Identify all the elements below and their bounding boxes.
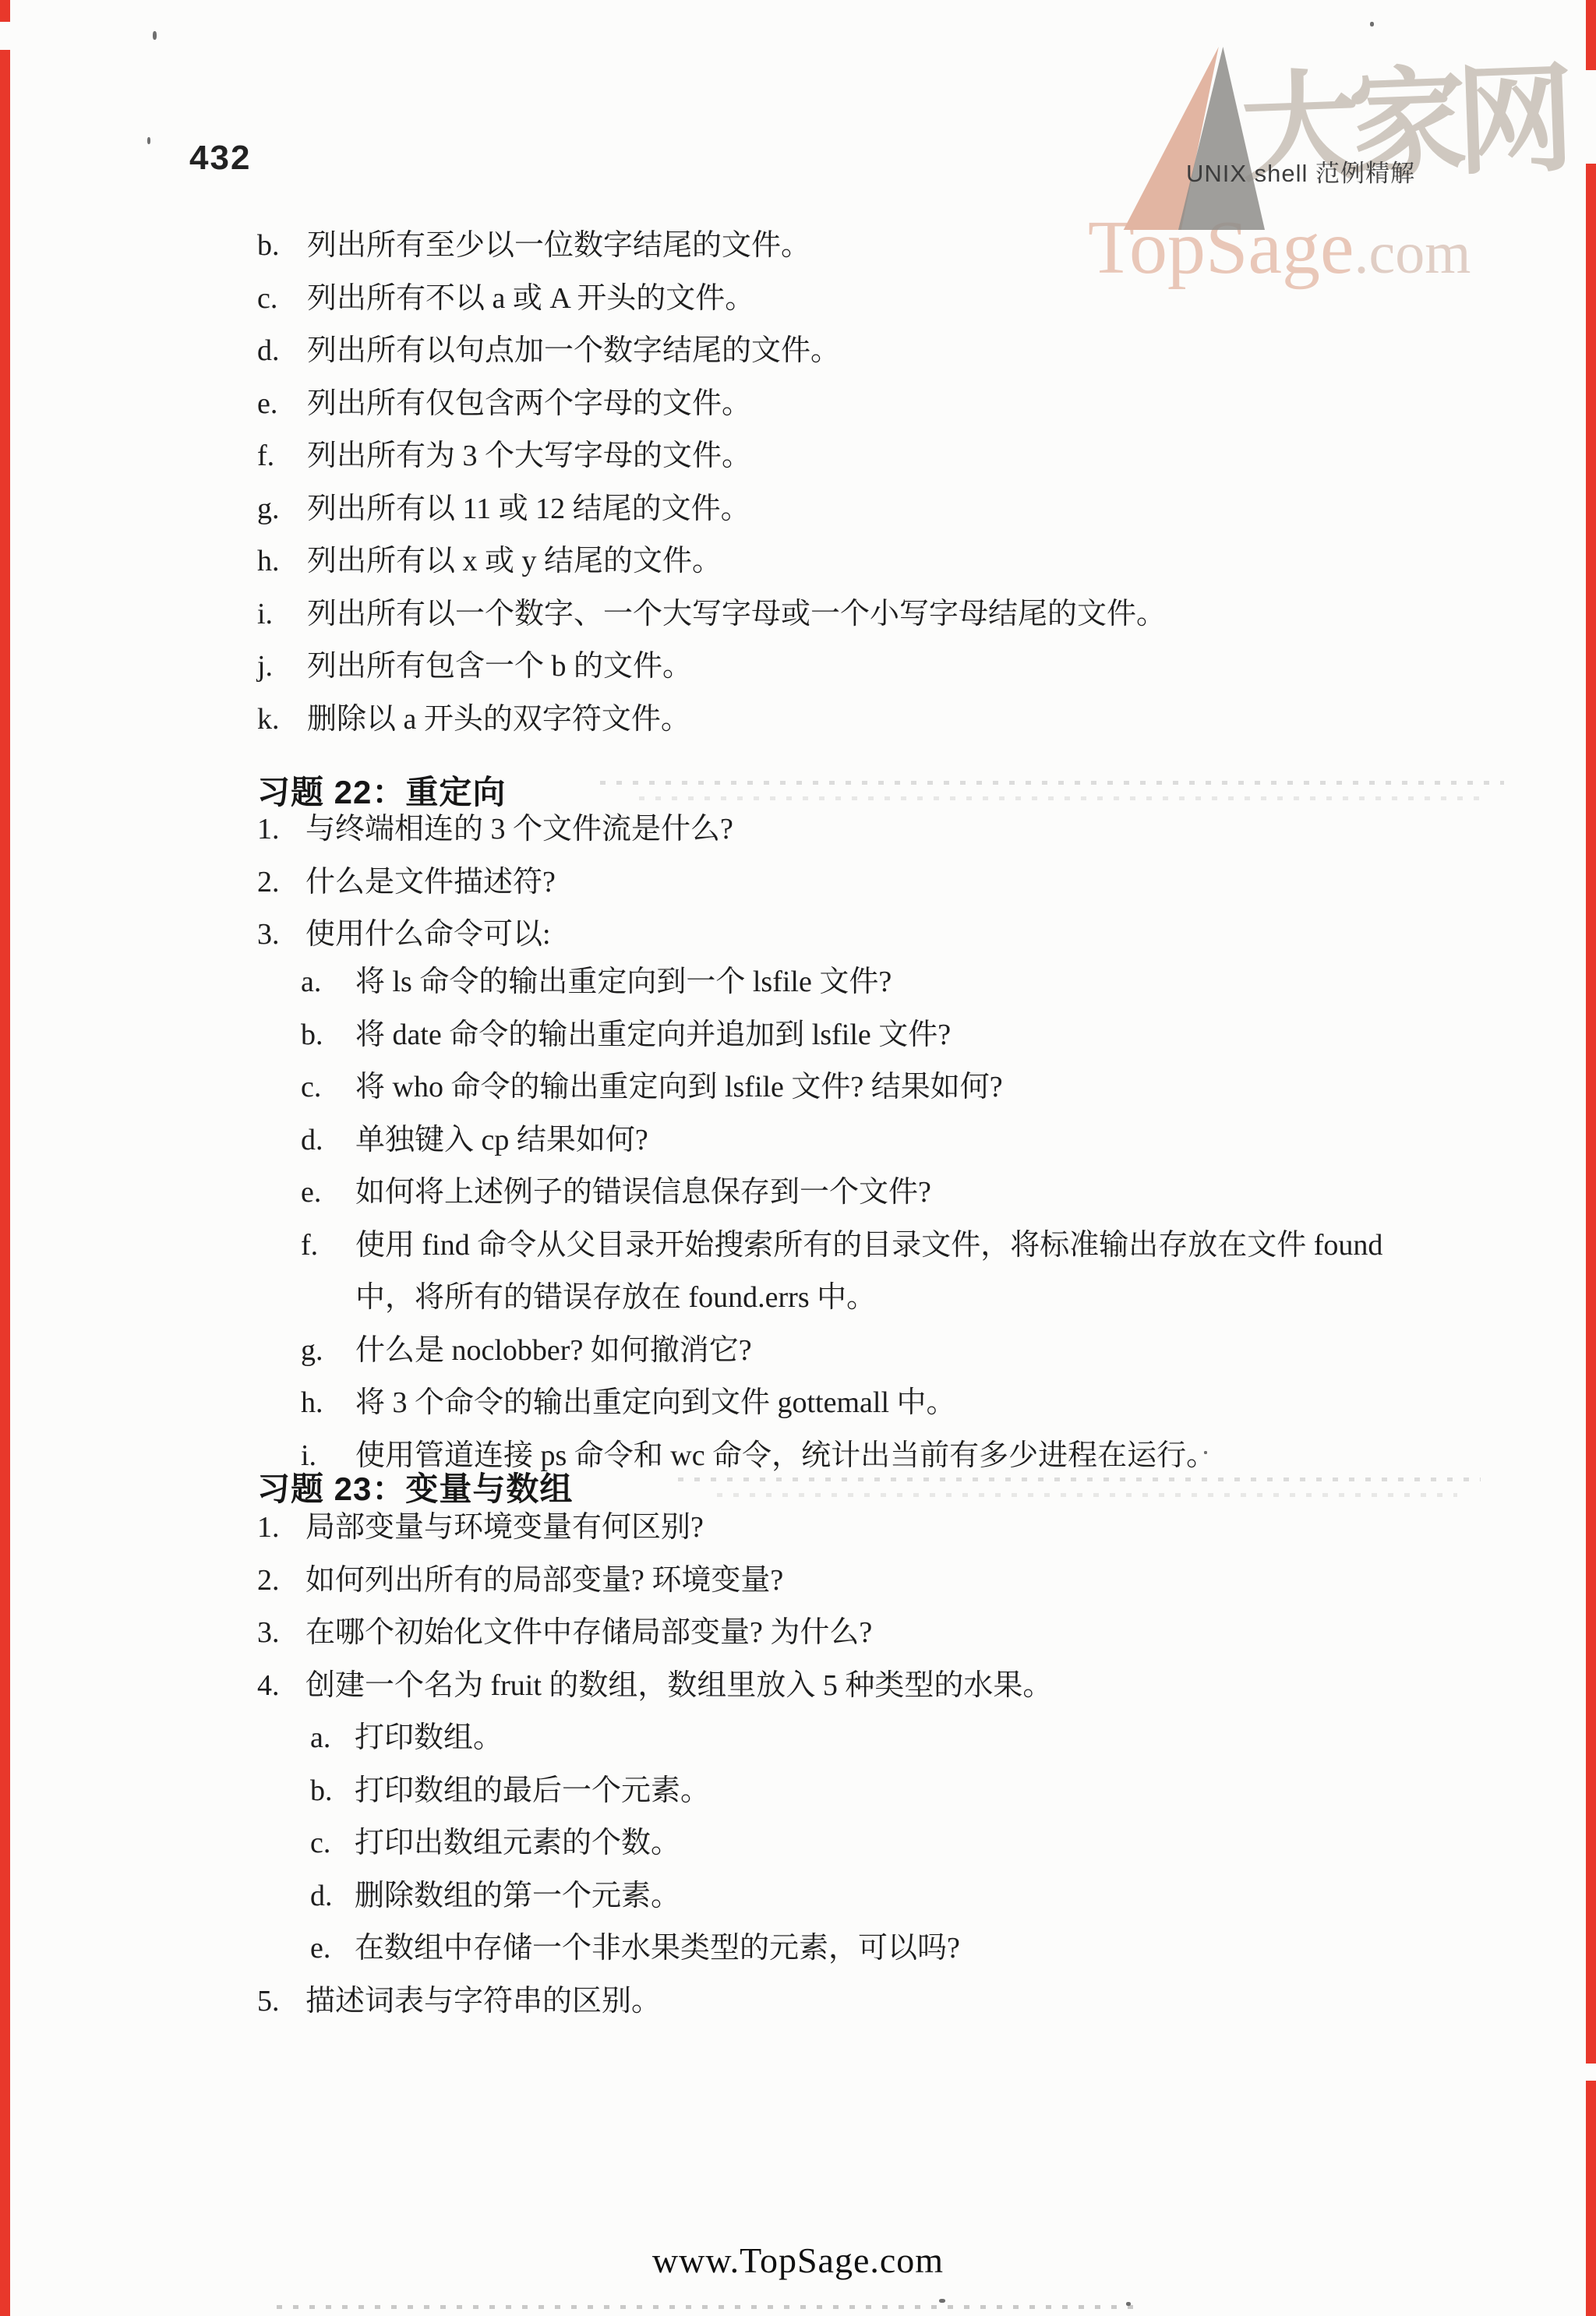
item-text: 将 who 命令的输出重定向到 lsfile 文件? 结果如何?: [355, 1068, 1003, 1106]
item-marker: j.: [257, 648, 307, 685]
list-item: 1.与终端相连的 3 个文件流是什么?: [257, 810, 733, 863]
item-text: 列出所有为 3 个大写字母的文件。: [307, 437, 751, 475]
item-marker: d.: [301, 1121, 355, 1159]
list-item: b.打印数组的最后一个元素。: [310, 1772, 960, 1825]
list-item: i.列出所有以一个数字、一个大写字母或一个小写字母结尾的文件。: [257, 595, 1166, 648]
item-text: 单独键入 cp 结果如何?: [355, 1121, 648, 1159]
list-item: e.在数组中存储一个非水果类型的元素，可以吗?: [310, 1929, 960, 1982]
item-text: 列出所有以 x 或 y 结尾的文件。: [307, 542, 722, 580]
item-text: 列出所有包含一个 b 的文件。: [307, 648, 692, 685]
item-text: 创建一个名为 fruit 的数组，数组里放入 5 种类型的水果。: [305, 1667, 1052, 1704]
item-marker: 5.: [257, 1982, 305, 2020]
item-text: 打印数组。: [355, 1719, 503, 1756]
item-text: 描述词表与字符串的区别。: [305, 1982, 661, 2020]
scan-speck: [939, 2299, 945, 2303]
item-text: 打印出数组元素的个数。: [355, 1824, 680, 1862]
list-item: 2.什么是文件描述符?: [257, 863, 733, 916]
exercise-23-questions: 1.局部变量与环境变量有何区别?2.如何列出所有的局部变量? 环境变量?3.在哪…: [257, 1509, 1052, 1719]
list-item: b.列出所有至少以一位数字结尾的文件。: [257, 227, 1166, 280]
item-marker: f.: [257, 437, 307, 475]
list-item: d.列出所有以句点加一个数字结尾的文件。: [257, 332, 1166, 385]
list-item: 中，将所有的错误存放在 found.errs 中。: [301, 1279, 1382, 1332]
left-edge-gap: [0, 22, 10, 50]
item-marker: g.: [257, 490, 307, 528]
exercise-22-heading: 习题 22：重定向: [257, 767, 506, 814]
running-header-title: UNIX shell 范例精解: [1186, 154, 1415, 189]
item-marker: d.: [257, 332, 307, 369]
list-item: 2.如何列出所有的局部变量? 环境变量?: [257, 1562, 1052, 1615]
item-text: 在哪个初始化文件中存储局部变量? 为什么?: [305, 1614, 872, 1651]
list-item: c.打印出数组元素的个数。: [310, 1824, 960, 1877]
item-marker: g.: [301, 1332, 355, 1369]
item-text: 使用 find 命令从父目录开始搜索所有的目录文件，将标准输出存放在文件 fou…: [355, 1227, 1382, 1264]
scan-speck: [147, 137, 150, 144]
item-marker: 2.: [257, 1562, 305, 1599]
item-marker: 3.: [257, 1614, 305, 1651]
item-marker: b.: [257, 227, 307, 264]
item-text: 将 date 命令的输出重定向并追加到 lsfile 文件?: [355, 1016, 951, 1054]
item-marker: c.: [257, 280, 307, 317]
list-item: d.单独键入 cp 结果如何?: [301, 1121, 1382, 1174]
item-marker: h.: [257, 542, 307, 580]
right-red-edge-bar: [1586, 0, 1596, 2316]
item-marker: b.: [310, 1772, 355, 1809]
item-text: 使用什么命令可以:: [305, 916, 551, 953]
watermark-topsage-tld: .com: [1354, 221, 1471, 286]
item-text: 列出所有不以 a 或 A 开头的文件。: [307, 280, 754, 317]
item-text: 局部变量与环境变量有何区别?: [305, 1509, 704, 1546]
list-item: h.列出所有以 x 或 y 结尾的文件。: [257, 542, 1166, 595]
scan-noise: [717, 1493, 1457, 1497]
list-item: g.列出所有以 11 或 12 结尾的文件。: [257, 490, 1166, 543]
scan-noise: [639, 796, 1481, 800]
item-marker: b.: [301, 1016, 355, 1054]
item-marker: e.: [301, 1174, 355, 1211]
item-marker: 3.: [257, 916, 305, 953]
item-marker: a.: [301, 963, 355, 1001]
footer-site-url: www.TopSage.com: [0, 2240, 1596, 2281]
list-item: 3.使用什么命令可以:: [257, 916, 733, 969]
list-item: 1.局部变量与环境变量有何区别?: [257, 1509, 1052, 1562]
list-item: 5. 描述词表与字符串的区别。: [257, 1982, 661, 2035]
scan-speck: [1370, 22, 1374, 26]
item-text: 在数组中存储一个非水果类型的元素，可以吗?: [355, 1929, 960, 1967]
list-item: k.删除以 a 开头的双字符文件。: [257, 701, 1166, 754]
item-text: 列出所有至少以一位数字结尾的文件。: [307, 227, 810, 264]
item-text: 列出所有以句点加一个数字结尾的文件。: [307, 332, 840, 369]
list-item: e.如何将上述例子的错误信息保存到一个文件?: [301, 1174, 1382, 1227]
item-text: 将 3 个命令的输出重定向到文件 gottemall 中。: [355, 1384, 956, 1421]
item-marker: f.: [301, 1227, 355, 1264]
item-marker: d.: [310, 1877, 355, 1915]
item-marker: k.: [257, 701, 307, 738]
item-marker: 4.: [257, 1667, 305, 1704]
item-marker: 2.: [257, 863, 305, 901]
list-item: f.列出所有为 3 个大写字母的文件。: [257, 437, 1166, 490]
list-item: e.列出所有仅包含两个字母的文件。: [257, 385, 1166, 438]
item-text: 列出所有以 11 或 12 结尾的文件。: [307, 490, 750, 528]
scan-noise: [600, 781, 1504, 785]
item-marker: h.: [301, 1384, 355, 1421]
item-text: 列出所有以一个数字、一个大写字母或一个小写字母结尾的文件。: [307, 595, 1166, 633]
list-item: d.删除数组的第一个元素。: [310, 1877, 960, 1930]
exercise-23-subitems: a.打印数组。b.打印数组的最后一个元素。c.打印出数组元素的个数。d.删除数组…: [310, 1719, 960, 1982]
exercise-23-heading: 习题 23：变量与数组: [257, 1463, 573, 1510]
list-item: c.列出所有不以 a 或 A 开头的文件。: [257, 280, 1166, 333]
scan-noise-bottom: [277, 2305, 1142, 2309]
item-text: 如何列出所有的局部变量? 环境变量?: [305, 1562, 783, 1599]
list-item: h.将 3 个命令的输出重定向到文件 gottemall 中。: [301, 1384, 1382, 1437]
item-text: 将 ls 命令的输出重定向到一个 lsfile 文件?: [355, 963, 892, 1001]
right-edge-gap-2: [1586, 2064, 1596, 2081]
exercise-22-questions: 1.与终端相连的 3 个文件流是什么?2.什么是文件描述符?3.使用什么命令可以…: [257, 810, 733, 969]
item-text: 如何将上述例子的错误信息保存到一个文件?: [355, 1174, 931, 1211]
list-item: f.使用 find 命令从父目录开始搜索所有的目录文件，将标准输出存放在文件 f…: [301, 1227, 1382, 1280]
list-item: 3.在哪个初始化文件中存储局部变量? 为什么?: [257, 1614, 1052, 1667]
watermark-logo: [1121, 47, 1265, 230]
scan-speck: [1126, 2302, 1131, 2306]
left-red-edge-bar: [0, 0, 10, 2316]
exercise-23-question-5: 5. 描述词表与字符串的区别。: [257, 1982, 661, 2035]
item-text: 列出所有仅包含两个字母的文件。: [307, 385, 751, 422]
scan-speck: [1204, 1451, 1207, 1454]
list-item: c.将 who 命令的输出重定向到 lsfile 文件? 结果如何?: [301, 1068, 1382, 1121]
right-edge-gap: [1586, 70, 1596, 164]
exercise-22-subitems: a.将 ls 命令的输出重定向到一个 lsfile 文件?b.将 date 命令…: [301, 963, 1382, 1489]
list-item: a.将 ls 命令的输出重定向到一个 lsfile 文件?: [301, 963, 1382, 1016]
list-item: a.打印数组。: [310, 1719, 960, 1772]
item-marker: e.: [257, 385, 307, 422]
item-marker: 1.: [257, 1509, 305, 1546]
item-text: 什么是文件描述符?: [305, 863, 556, 901]
page-number: 432: [189, 139, 251, 178]
scan-speck: [153, 31, 157, 40]
item-text: 什么是 noclobber? 如何撤消它?: [355, 1332, 752, 1369]
item-marker: a.: [310, 1719, 355, 1756]
item-text: 打印数组的最后一个元素。: [355, 1772, 710, 1809]
glob-list: b.列出所有至少以一位数字结尾的文件。c.列出所有不以 a 或 A 开头的文件。…: [257, 227, 1166, 753]
list-item: g.什么是 noclobber? 如何撤消它?: [301, 1332, 1382, 1385]
item-marker: 1.: [257, 810, 305, 848]
scanned-book-page: 大家网 TopSage.com 432 UNIX shell 范例精解 b.列出…: [0, 0, 1596, 2316]
item-text: 删除数组的第一个元素。: [355, 1877, 680, 1915]
item-marker: c.: [301, 1068, 355, 1106]
item-text: 删除以 a 开头的双字符文件。: [307, 701, 690, 738]
item-marker: c.: [310, 1824, 355, 1862]
item-marker: i.: [257, 595, 307, 633]
list-item: b.将 date 命令的输出重定向并追加到 lsfile 文件?: [301, 1016, 1382, 1069]
scan-noise: [678, 1478, 1481, 1481]
item-text: 中，将所有的错误存放在 found.errs 中。: [355, 1279, 876, 1316]
item-text: 与终端相连的 3 个文件流是什么?: [305, 810, 733, 848]
list-item: j.列出所有包含一个 b 的文件。: [257, 648, 1166, 701]
item-marker: e.: [310, 1929, 355, 1967]
list-item: 4.创建一个名为 fruit 的数组，数组里放入 5 种类型的水果。: [257, 1667, 1052, 1720]
